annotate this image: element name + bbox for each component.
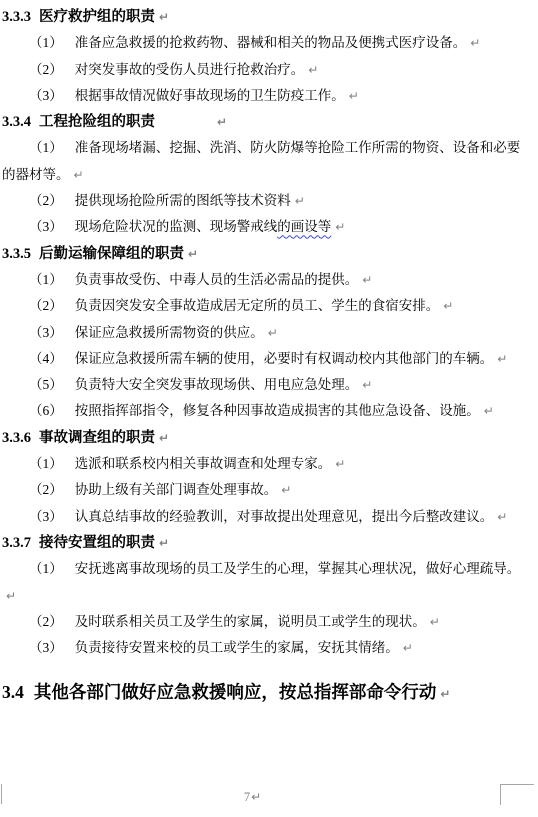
list-item: （3）认真总结事故的经验教训，对事故提出处理意见，提出今后整改建议。↵ — [2, 504, 532, 530]
item-text: 选派和联系校内相关事故调查和处理专家。 — [75, 456, 332, 471]
section-heading-3-3-5: 3.3.5后勤运输保障组的职责↵ — [2, 241, 532, 267]
pilcrow-mark: ↵ — [6, 589, 16, 603]
pilcrow-mark: ↵ — [497, 510, 507, 524]
document-page: 3.3.3医疗救护组的职责↵ （1）准备应急救援的抢救药物、器械和相关的物品及便… — [0, 0, 538, 709]
section-heading-3-3-4: 3.3.4工程抢险组的职责↵ — [2, 109, 532, 135]
pilcrow-mark: ↵ — [362, 273, 372, 287]
item-number: （3） — [29, 509, 63, 524]
pilcrow-mark: ↵ — [440, 687, 450, 701]
pilcrow-mark: ↵ — [403, 641, 413, 655]
item-number: （3） — [29, 88, 63, 103]
pilcrow-mark: ↵ — [470, 36, 480, 50]
item-text: 现场危险状况的监测、现场警戒线 — [75, 219, 278, 234]
item-number: （2） — [29, 298, 63, 313]
item-text: 负责接待安置来校的员工或学生的家属，安抚其情绪。 — [75, 640, 399, 655]
section-number: 3.4 — [2, 682, 24, 702]
item-text: 提供现场抢险所需的图纸等技术资料 — [75, 193, 291, 208]
item-number: （3） — [29, 640, 63, 655]
pilcrow-mark: ↵ — [281, 483, 291, 497]
margin-corner-mark-left — [1, 784, 3, 804]
item-text-spellcheck: 的画设等 — [277, 219, 331, 234]
pilcrow-mark: ↵ — [268, 326, 278, 340]
item-number: （3） — [29, 325, 63, 340]
section-number: 3.3.3 — [2, 9, 31, 25]
item-text: 对突发事故的受伤人员进行抢救治疗。 — [75, 62, 305, 77]
item-text: 及时联系相关员工及学生的家属，说明员工或学生的现状。 — [75, 614, 426, 629]
pilcrow-mark: ↵ — [349, 89, 359, 103]
item-text: 准备应急救援的抢救药物、器械和相关的物品及便携式医疗设备。 — [75, 35, 467, 50]
list-item: （1）准备应急救援的抢救药物、器械和相关的物品及便携式医疗设备。↵ — [2, 30, 532, 56]
item-text: 负责特大安全突发事故现场供、用电应急处理。 — [75, 377, 359, 392]
item-number: （2） — [29, 193, 63, 208]
item-number: （6） — [29, 403, 63, 418]
pilcrow-mark: ↵ — [295, 194, 305, 208]
pilcrow-mark: ↵ — [308, 63, 318, 77]
item-number: （3） — [29, 219, 63, 234]
list-item: （3）负责接待安置来校的员工或学生的家属，安抚其情绪。↵ — [2, 635, 532, 661]
section-number: 3.3.7 — [2, 535, 31, 551]
section-heading-3-3-6: 3.3.6事故调查组的职责↵ — [2, 425, 532, 451]
section-heading-3-3-7: 3.3.7接待安置组的职责↵ — [2, 530, 532, 556]
margin-corner-mark-right — [500, 784, 534, 805]
item-text: 协助上级有关部门调查处理事故。 — [75, 482, 278, 497]
pilcrow-mark: ↵ — [217, 115, 227, 129]
pilcrow-mark: ↵ — [335, 457, 345, 471]
pilcrow-mark: ↵ — [497, 352, 507, 366]
page-footer: 7↵ — [0, 789, 505, 805]
section-number: 3.3.5 — [2, 246, 31, 262]
pilcrow-mark: ↵ — [443, 299, 453, 313]
list-item: （2）及时联系相关员工及学生的家属，说明员工或学生的现状。↵ — [2, 609, 532, 635]
item-text: 负责因突发安全事故造成居无定所的员工、学生的食宿安排。 — [75, 298, 440, 313]
list-item: （3）现场危险状况的监测、现场警戒线的画设等↵ — [2, 214, 532, 240]
item-number: （1） — [29, 272, 63, 287]
section-title: 接待安置组的职责 — [39, 535, 155, 551]
item-text: 按照指挥部指令，修复各种因事故造成损害的其他应急设备、设施。 — [75, 403, 480, 418]
pilcrow-mark: ↵ — [74, 168, 84, 182]
pilcrow-mark: ↵ — [430, 615, 440, 629]
item-text: 安抚逃离事故现场的员工及学生的心理，掌握其心理状况，做好心理疏导。 — [75, 561, 521, 576]
item-number: （2） — [29, 614, 63, 629]
list-item: （1）负责事故受伤、中毒人员的生活必需品的提供。↵ — [2, 267, 532, 293]
list-item: （2）负责因突发安全事故造成居无定所的员工、学生的食宿安排。↵ — [2, 293, 532, 319]
pilcrow-mark: ↵ — [251, 790, 261, 804]
item-text: 根据事故情况做好事故现场的卫生防疫工作。 — [75, 88, 345, 103]
list-item: （1）选派和联系校内相关事故调查和处理专家。↵ — [2, 451, 532, 477]
section-title: 其他各部门做好应急救援响应，按总指挥部命令行动 — [34, 682, 437, 702]
section-number: 3.3.4 — [2, 114, 31, 130]
pilcrow-mark: ↵ — [188, 247, 198, 261]
list-item: （1）安抚逃离事故现场的员工及学生的心理，掌握其心理状况，做好心理疏导。↵ — [2, 556, 532, 609]
pilcrow-mark: ↵ — [159, 431, 169, 445]
item-number: （5） — [29, 377, 63, 392]
item-number: （1） — [29, 561, 63, 576]
item-number: （2） — [29, 482, 63, 497]
list-item: （1）准备现场堵漏、挖掘、洗消、防火防爆等抢险工作所需的物资、设备和必要的器材等… — [2, 135, 532, 188]
list-item: （5）负责特大安全突发事故现场供、用电应急处理。↵ — [2, 372, 532, 398]
item-number: （1） — [29, 35, 63, 50]
item-number: （2） — [29, 62, 63, 77]
list-item: （2）提供现场抢险所需的图纸等技术资料↵ — [2, 188, 532, 214]
item-number: （4） — [29, 351, 63, 366]
section-heading-3-3-3: 3.3.3医疗救护组的职责↵ — [2, 4, 532, 30]
item-number: （1） — [29, 456, 63, 471]
list-item: （6）按照指挥部指令，修复各种因事故造成损害的其他应急设备、设施。↵ — [2, 398, 532, 424]
section-title: 工程抢险组的职责 — [39, 114, 155, 130]
list-item: （2）对突发事故的受伤人员进行抢救治疗。↵ — [2, 57, 532, 83]
pilcrow-mark: ↵ — [159, 10, 169, 24]
item-number: （1） — [29, 140, 63, 155]
pilcrow-mark: ↵ — [159, 536, 169, 550]
pilcrow-mark: ↵ — [362, 378, 372, 392]
item-text: 保证应急救援所需车辆的使用，必要时有权调动校内其他部门的车辆。 — [75, 351, 494, 366]
list-item: （3）保证应急救援所需物资的供应。↵ — [2, 320, 532, 346]
section-number: 3.3.6 — [2, 430, 31, 446]
item-text: 负责事故受伤、中毒人员的生活必需品的提供。 — [75, 272, 359, 287]
section-title: 后勤运输保障组的职责 — [39, 246, 184, 262]
pilcrow-mark: ↵ — [484, 404, 494, 418]
section-title: 医疗救护组的职责 — [39, 9, 155, 25]
item-text: 保证应急救援所需物资的供应。 — [75, 325, 264, 340]
page-number: 7 — [244, 790, 250, 804]
item-text: 认真总结事故的经验教训，对事故提出处理意见，提出今后整改建议。 — [75, 509, 494, 524]
pilcrow-mark: ↵ — [335, 220, 345, 234]
section-title: 事故调查组的职责 — [39, 430, 155, 446]
section-heading-3-4: 3.4其他各部门做好应急救援响应，按总指挥部命令行动↵ — [2, 677, 532, 709]
list-item: （3）根据事故情况做好事故现场的卫生防疫工作。↵ — [2, 83, 532, 109]
list-item: （2）协助上级有关部门调查处理事故。↵ — [2, 477, 532, 503]
list-item: （4）保证应急救援所需车辆的使用，必要时有权调动校内其他部门的车辆。↵ — [2, 346, 532, 372]
